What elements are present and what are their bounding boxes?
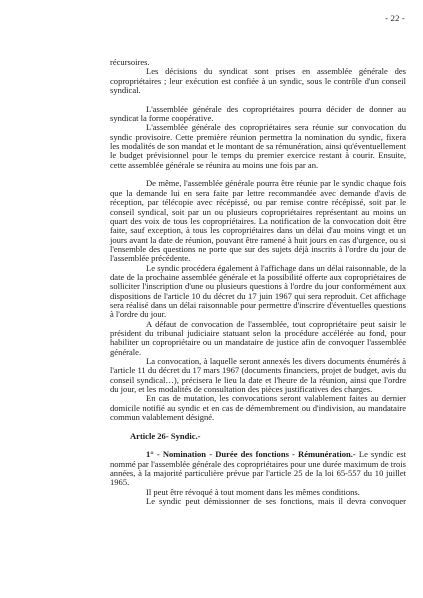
paragraph: L'assemblée générale des copropriétaires… — [110, 105, 406, 124]
section-paragraph: 1° - Nomination - Durée des fonctions - … — [110, 450, 406, 487]
paragraph: Le syndic peut démissionner de ses fonct… — [110, 497, 406, 506]
paragraph: Les décisions du syndicat sont prises en… — [110, 67, 406, 95]
document-body: récursoires. Les décisions du syndicat s… — [110, 58, 406, 507]
paragraph: A défaut de convocation de l'assemblée, … — [110, 320, 406, 357]
paragraph: La convocation, à laquelle seront annexé… — [110, 357, 406, 394]
paragraph: L'assemblée générale des copropriétaires… — [110, 123, 406, 170]
article-heading: Article 26- Syndic.- — [110, 432, 406, 441]
paragraph: De même, l'assemblée générale pourra êtr… — [110, 179, 406, 263]
paragraph: En cas de mutation, les convocations ser… — [110, 394, 406, 422]
page-number: - 22 - — [385, 13, 405, 23]
paragraph: Le syndic procédera également à l'affich… — [110, 264, 406, 320]
